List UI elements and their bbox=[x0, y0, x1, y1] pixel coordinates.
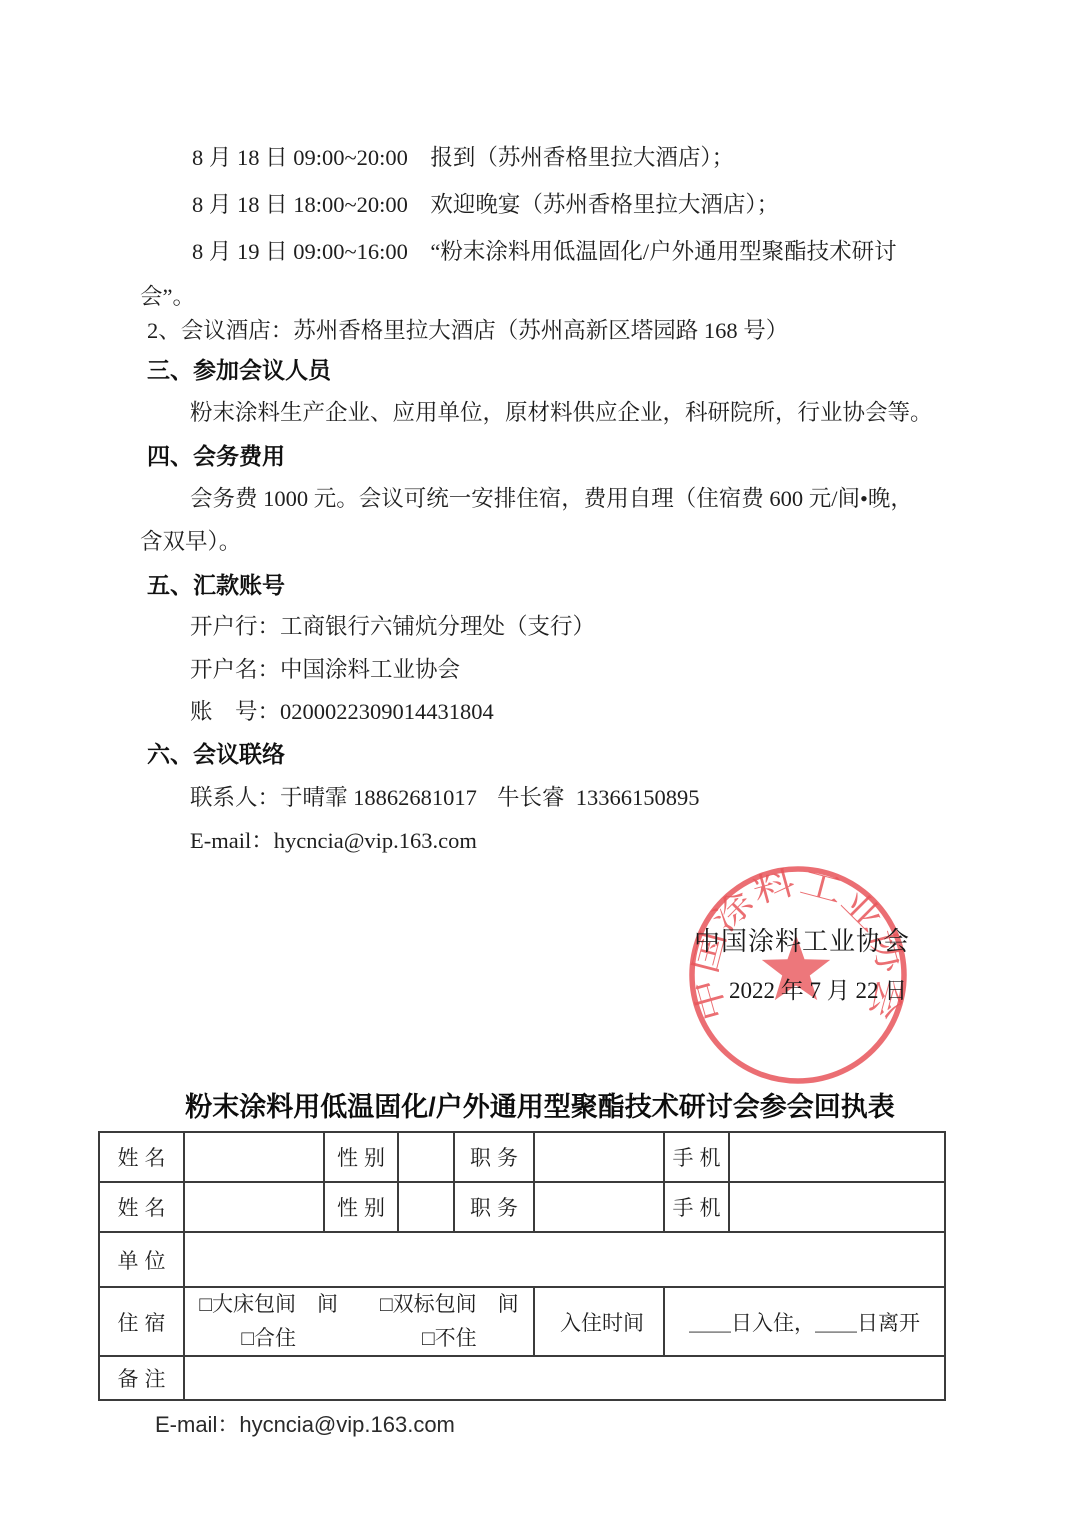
label-name-1: 姓名 bbox=[99, 1132, 184, 1182]
heading-fee: 四、会务费用 bbox=[147, 442, 285, 471]
scanned-document-page: 8 月 18 日 09:00~20:00 报到（苏州香格里拉大酒店）； 8 月 … bbox=[0, 0, 1080, 1527]
heading-attendees: 三、参加会议人员 bbox=[147, 356, 331, 385]
lodging-option-line-2: □合住 □不住 bbox=[185, 1322, 533, 1356]
label-name-2: 姓名 bbox=[99, 1182, 184, 1232]
fee-line-2: 含双早）。 bbox=[140, 528, 241, 556]
contact-person-2: 牛长睿 13366150895 bbox=[497, 784, 700, 812]
heading-bank: 五、汇款账号 bbox=[147, 571, 285, 600]
bank-account-no-line: 账 号：0200022309014431804 bbox=[190, 698, 494, 726]
schedule-seminar-line: 8 月 19 日 09:00~16:00 “粉末涂料用低温固化/户外通用型聚酯技… bbox=[192, 238, 897, 266]
footer-email-line: E-mail：hycncia@vip.163.com bbox=[155, 1408, 455, 1439]
input-company bbox=[184, 1232, 945, 1287]
input-gender-2 bbox=[398, 1182, 454, 1232]
bank-account-name-line: 开户名：中国涂料工业协会 bbox=[190, 656, 460, 684]
schedule-seminar-line-cont: 会”。 bbox=[140, 283, 195, 311]
table-row-note: 备注 bbox=[99, 1356, 945, 1400]
lodging-options-cell: □大床包间 间 □双标包间 间 □合住 □不住 bbox=[184, 1287, 534, 1356]
lodging-option-line-1: □大床包间 间 □双标包间 间 bbox=[185, 1288, 533, 1322]
table-row-company: 单位 bbox=[99, 1232, 945, 1287]
input-mobile-2 bbox=[729, 1182, 945, 1232]
heading-contact: 六、会议联络 bbox=[147, 740, 285, 769]
table-row-attendee-1: 姓名 性别 职务 手机 bbox=[99, 1132, 945, 1182]
label-company: 单位 bbox=[99, 1232, 184, 1287]
label-mobile-1: 手机 bbox=[664, 1132, 729, 1182]
signing-org-name: 中国涂料工业协会 bbox=[694, 921, 910, 958]
table-row-attendee-2: 姓名 性别 职务 手机 bbox=[99, 1182, 945, 1232]
input-name-2 bbox=[184, 1182, 324, 1232]
label-checkin-time: 入住时间 bbox=[534, 1287, 664, 1356]
signing-date: 2022 年 7 月 22 日 bbox=[729, 972, 907, 1005]
reply-form-table: 姓名 性别 职务 手机 姓名 性别 职务 手机 单位 住宿 □大床包间 间 bbox=[98, 1131, 946, 1401]
input-name-1 bbox=[184, 1132, 324, 1182]
schedule-registration-line: 8 月 18 日 09:00~20:00 报到（苏州香格里拉大酒店）； bbox=[192, 144, 734, 172]
label-gender-1: 性别 bbox=[324, 1132, 398, 1182]
label-mobile-2: 手机 bbox=[664, 1182, 729, 1232]
checkin-value-cell: ＿＿日入住，＿＿日离开 bbox=[664, 1287, 945, 1356]
bank-branch-line: 开户行：工商银行六铺炕分理处（支行） bbox=[190, 613, 595, 641]
contact-email-line: E-mail：hycncia@vip.163.com bbox=[190, 827, 477, 855]
input-position-2 bbox=[534, 1182, 664, 1232]
label-position-2: 职务 bbox=[454, 1182, 534, 1232]
label-position-1: 职务 bbox=[454, 1132, 534, 1182]
input-mobile-1 bbox=[729, 1132, 945, 1182]
label-gender-2: 性别 bbox=[324, 1182, 398, 1232]
input-note bbox=[184, 1356, 945, 1400]
reply-form-title: 粉末涂料用低温固化/户外通用型聚酯技术研讨会参会回执表 bbox=[0, 1085, 1080, 1124]
label-lodging: 住宿 bbox=[99, 1287, 184, 1356]
input-position-1 bbox=[534, 1132, 664, 1182]
fee-line-1: 会务费 1000 元。会议可统一安排住宿，费用自理（住宿费 600 元/间•晚， bbox=[190, 485, 913, 513]
contact-person-1: 联系人：于晴霏 18862681017 bbox=[190, 784, 477, 812]
hotel-line: 2、会议酒店：苏州香格里拉大酒店（苏州高新区塔园路 168 号） bbox=[147, 317, 788, 345]
input-gender-1 bbox=[398, 1132, 454, 1182]
schedule-banquet-line: 8 月 18 日 18:00~20:00 欢迎晚宴（苏州香格里拉大酒店）； bbox=[192, 191, 779, 219]
table-row-lodging: 住宿 □大床包间 间 □双标包间 间 □合住 □不住 入住时间 ＿＿日入住，＿＿… bbox=[99, 1287, 945, 1356]
attendees-line: 粉末涂料生产企业、应用单位，原材料供应企业，科研院所，行业协会等。 bbox=[190, 399, 933, 427]
label-note: 备注 bbox=[99, 1356, 184, 1400]
